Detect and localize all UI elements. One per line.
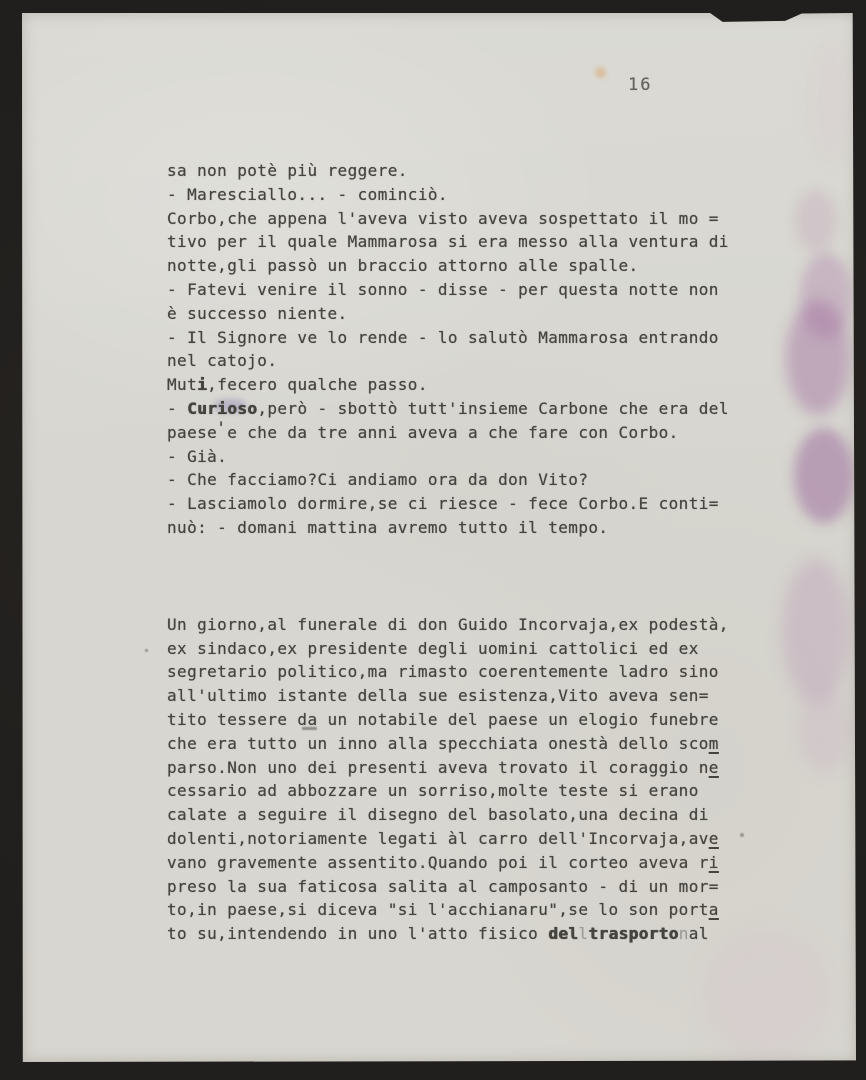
- text-segment: vano gravemente assentito.Quando poi il …: [167, 853, 709, 872]
- text-segment: preso la sua faticosa salita al camposan…: [167, 877, 719, 896]
- text-segment: l: [578, 924, 588, 943]
- dark-speck: [145, 649, 148, 652]
- text-segment: - Lasciamolo dormire,se ci riesce - fece…: [167, 494, 719, 513]
- text-segment: - Il Signore ve lo rende - lo salutò Mam…: [167, 328, 719, 347]
- text-line: tivo per il quale Mammarosa si era messo…: [167, 230, 729, 254]
- text-line: tito tessere da un notabile del paese un…: [167, 708, 729, 732]
- ink-stain: [786, 300, 850, 415]
- paragraph-1: sa non potè più reggere.- Maresciallo...…: [167, 159, 729, 540]
- text-segment: calate a seguire il disegno del basolato…: [167, 805, 709, 824]
- text-segment: Un giorno,al funerale di don Guido Incor…: [167, 615, 729, 634]
- text-line: all'ultimo istante della sue esistenza,V…: [167, 684, 729, 708]
- text-line: - Già.: [167, 445, 729, 469]
- text-segment: segretario politico,ma rimasto coerentem…: [167, 662, 719, 681]
- ink-stain: [798, 688, 852, 773]
- text-segment: i: [709, 853, 719, 872]
- text-line: - Fatevi venire il sonno - disse - per q…: [167, 278, 729, 302]
- text-line: nel catojo.: [167, 349, 729, 373]
- text-segment: cessario ad abbozzare un sorriso,molte t…: [167, 781, 699, 800]
- dark-speck: [740, 833, 744, 837]
- text-segment: m: [709, 734, 719, 753]
- text-segment: nel catojo.: [167, 351, 277, 370]
- text-segment: - Già.: [167, 447, 227, 466]
- text-segment: ,fecero qualche passo.: [207, 375, 428, 394]
- text-segment: - Maresciallo... - cominciò.: [167, 185, 448, 204]
- text-line: cessario ad abbozzare un sorriso,molte t…: [167, 779, 729, 803]
- text-segment: - Fatevi venire il sonno - disse - per q…: [167, 280, 719, 299]
- text-segment: tito tessere da un notabile del paese un…: [167, 710, 719, 729]
- manuscript-page: 16 sa non potè più reggere.- Maresciallo…: [22, 13, 856, 1062]
- orange-speck: [595, 67, 606, 78]
- typewritten-text: sa non potè più reggere.- Maresciallo...…: [167, 159, 729, 946]
- text-line: - Curioso,però - sbottò tutt'insieme Car…: [167, 397, 729, 421]
- text-line: vano gravemente assentito.Quando poi il …: [167, 851, 729, 875]
- text-segment: Corbo,che appena l'aveva visto aveva sos…: [167, 209, 719, 228]
- text-line: - Maresciallo... - cominciò.: [167, 183, 729, 207]
- text-segment: parso.Non uno dei presenti aveva trovato…: [167, 758, 709, 777]
- text-segment: Mut: [167, 375, 197, 394]
- text-segment: i: [197, 375, 207, 394]
- ink-stain: [782, 558, 850, 703]
- text-segment: all'ultimo istante della sue esistenza,V…: [167, 686, 709, 705]
- text-segment: to,in paese,si diceva "si l'acchianaru",…: [167, 900, 709, 919]
- text-line: nuò: - domani mattina avremo tutto il te…: [167, 516, 729, 540]
- text-segment: trasporto: [588, 924, 678, 943]
- text-segment: e: [709, 829, 719, 848]
- text-line: - Che facciamo?Ci andiamo ora da don Vit…: [167, 468, 729, 492]
- pink-wash-stain: [810, 38, 852, 163]
- text-segment: a: [709, 900, 719, 919]
- text-line: segretario politico,ma rimasto coerentem…: [167, 660, 729, 684]
- text-line: preso la sua faticosa salita al camposan…: [167, 875, 729, 899]
- text-segment: del: [548, 924, 578, 943]
- text-segment: nuò: - domani mattina avremo tutto il te…: [167, 518, 608, 537]
- text-line: ex sindaco,ex presidente degli uomini ca…: [167, 637, 729, 661]
- text-line: - Il Signore ve lo rende - lo salutò Mam…: [167, 326, 729, 350]
- pink-wash-stain: [700, 928, 835, 1063]
- ink-stain: [800, 253, 852, 339]
- text-segment: - Che facciamo?Ci andiamo ora da don Vit…: [167, 470, 588, 489]
- text-segment: al: [689, 924, 709, 943]
- text-line: Un giorno,al funerale di don Guido Incor…: [167, 613, 729, 637]
- text-segment: notte,gli passò un braccio attorno alle …: [167, 256, 639, 275]
- text-line: parso.Non uno dei presenti aveva trovato…: [167, 756, 729, 780]
- text-segment: Curioso: [187, 399, 257, 418]
- text-line: to su,intendendo in uno l'atto fisico de…: [167, 922, 729, 946]
- ink-stain: [795, 190, 837, 252]
- text-line: Corbo,che appena l'aveva visto aveva sos…: [167, 207, 729, 231]
- text-segment: sa non potè più reggere.: [167, 161, 408, 180]
- text-line: che era tutto un inno alla specchiata on…: [167, 732, 729, 756]
- text-segment: tivo per il quale Mammarosa si era messo…: [167, 232, 729, 251]
- text-line: dolenti,notoriamente legati àl carro del…: [167, 827, 729, 851]
- text-segment: dolenti,notoriamente legati àl carro del…: [167, 829, 709, 848]
- page-number: 16: [628, 75, 652, 95]
- text-line: è successo niente.: [167, 302, 729, 326]
- text-segment: n: [679, 924, 689, 943]
- text-segment: e: [709, 758, 719, 777]
- text-segment: e che da tre anni aveva a che fare con C…: [227, 423, 678, 442]
- text-segment: ex sindaco,ex presidente degli uomini ca…: [167, 639, 699, 658]
- text-line: calate a seguire il disegno del basolato…: [167, 803, 729, 827]
- text-line: Muti,fecero qualche passo.: [167, 373, 729, 397]
- text-segment: ,però - sbottò tutt'insieme Carbone che …: [257, 399, 729, 418]
- ink-stain: [794, 428, 854, 523]
- scan-background: { "page": { "number": "16" }, "document"…: [0, 0, 866, 1080]
- text-segment: è successo niente.: [167, 304, 348, 323]
- paragraph-2: Un giorno,al funerale di don Guido Incor…: [167, 613, 729, 946]
- text-line: to,in paese,si diceva "si l'acchianaru",…: [167, 898, 729, 922]
- text-line: paese 'e che da tre anni aveva a che far…: [167, 421, 729, 445]
- text-line: notte,gli passò un braccio attorno alle …: [167, 254, 729, 278]
- text-line: - Lasciamolo dormire,se ci riesce - fece…: [167, 492, 729, 516]
- text-segment: che era tutto un inno alla specchiata on…: [167, 734, 709, 753]
- text-segment: -: [167, 399, 187, 418]
- text-segment: to su,intendendo in uno l'atto fisico: [167, 924, 548, 943]
- text-line: sa non potè più reggere.: [167, 159, 729, 183]
